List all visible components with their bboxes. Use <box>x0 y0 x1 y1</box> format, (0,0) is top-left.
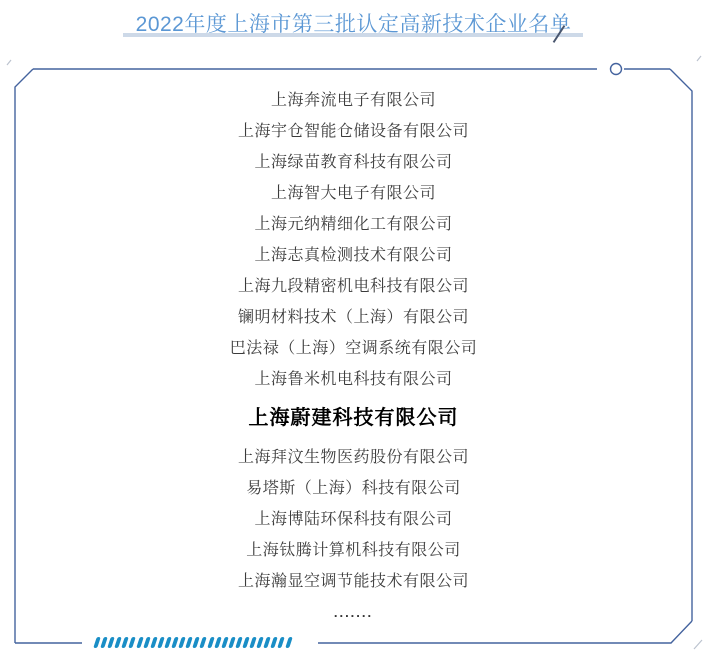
company-list-item: 上海九段精密机电科技有限公司 <box>15 271 692 302</box>
dash-strip-decoration <box>95 637 294 648</box>
company-list-item: 上海元纳精细化工有限公司 <box>15 209 692 240</box>
dash-tick <box>136 637 144 648</box>
company-list-item: 上海钛腾计算机科技有限公司 <box>15 535 692 566</box>
dash-tick <box>214 637 222 648</box>
company-list-item-highlighted: 上海蔚建科技有限公司 <box>15 403 692 434</box>
company-list-item: 上海鲁米机电科技有限公司 <box>15 364 692 395</box>
dash-tick <box>143 637 151 648</box>
company-list-card: 上海奔流电子有限公司 上海宇仓智能仓储设备有限公司 上海绿苗教育科技有限公司 上… <box>0 0 707 659</box>
dash-tick <box>129 637 137 648</box>
ellipsis-item: ....... <box>15 597 692 628</box>
company-list-item: 巴法禄（上海）空调系统有限公司 <box>15 333 692 364</box>
company-list-item: 上海宇仓智能仓储设备有限公司 <box>15 116 692 147</box>
company-list-item: 上海拜汶生物医药股份有限公司 <box>15 442 692 473</box>
company-list-item: 上海奔流电子有限公司 <box>15 85 692 116</box>
company-list-item: 易塔斯（上海）科技有限公司 <box>15 473 692 504</box>
company-list-item: 上海瀚显空调节能技术有限公司 <box>15 566 692 597</box>
company-list-item: 上海智大电子有限公司 <box>15 178 692 209</box>
dash-tick <box>200 637 208 648</box>
company-list-item: 镧明材料技术（上海）有限公司 <box>15 302 692 333</box>
dash-tick <box>228 637 236 648</box>
dash-tick <box>150 637 158 648</box>
dash-tick <box>285 637 293 648</box>
company-list-item: 上海绿苗教育科技有限公司 <box>15 147 692 178</box>
announcement-page: 2022年度上海市第三批认定高新技术企业名单 <box>0 0 707 659</box>
dash-tick <box>207 637 215 648</box>
company-list: 上海奔流电子有限公司 上海宇仓智能仓储设备有限公司 上海绿苗教育科技有限公司 上… <box>15 69 692 628</box>
dash-tick <box>221 637 229 648</box>
dash-tick <box>278 637 286 648</box>
company-list-item: 上海博陆环保科技有限公司 <box>15 504 692 535</box>
company-list-item: 上海志真检测技术有限公司 <box>15 240 692 271</box>
